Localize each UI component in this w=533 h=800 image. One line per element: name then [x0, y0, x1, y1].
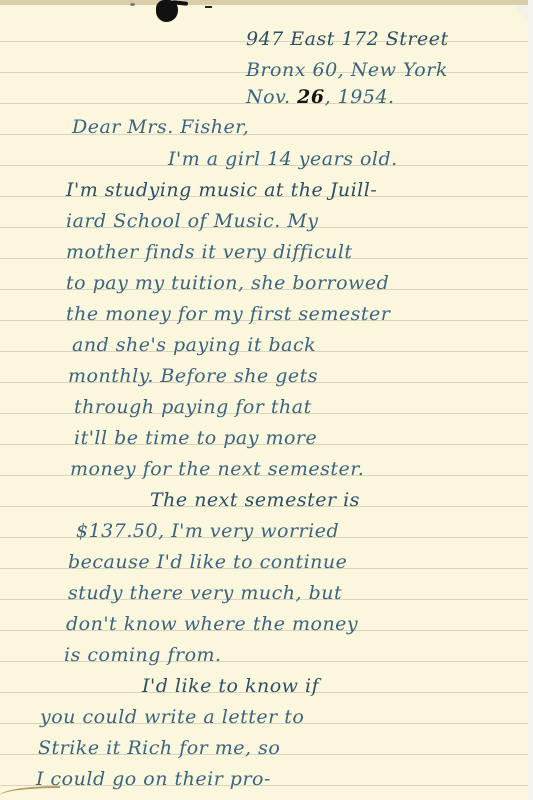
body-line: is coming from. — [64, 646, 222, 665]
date-month: Nov. — [246, 86, 291, 108]
body-line: because I'd like to continue — [68, 553, 347, 572]
body-line: the money for my first semester — [66, 305, 390, 324]
body-line: to pay my tuition, she borrowed — [66, 274, 389, 293]
date-year: , 1954. — [325, 86, 395, 108]
ink-speck — [205, 6, 212, 8]
address-line-1: 947 East 172 Street — [246, 30, 449, 49]
body-line: iard School of Music. My — [66, 212, 319, 231]
body-line: I'm studying music at the Juill- — [66, 181, 377, 200]
body-line: you could write a letter to — [40, 708, 304, 727]
body-line: I'd like to know if — [142, 677, 319, 696]
body-line: money for the next semester. — [70, 460, 364, 479]
body-line: The next semester is — [150, 491, 360, 510]
date-day: 26 — [297, 86, 324, 108]
body-line: monthly. Before she gets — [68, 367, 318, 386]
body-line: Strike it Rich for me, so — [38, 739, 280, 758]
body-line: don't know where the money — [66, 615, 358, 634]
body-line: $137.50, I'm very worried — [76, 522, 339, 541]
paper-top-edge — [0, 0, 528, 5]
body-line: and she's paying it back — [72, 336, 316, 355]
paper-right-margin — [528, 0, 533, 800]
body-line: through paying for that — [74, 398, 312, 417]
letter-date: Nov. 26, 1954. — [246, 88, 395, 107]
salutation: Dear Mrs. Fisher, — [72, 118, 249, 137]
body-line: I could go on their pro- — [36, 770, 271, 789]
ink-smudge — [130, 3, 135, 6]
body-line: mother finds it very difficult — [66, 243, 353, 262]
body-line: study there very much, but — [68, 584, 342, 603]
address-line-2: Bronx 60, New York — [246, 61, 448, 80]
body-line: it'll be time to pay more — [74, 429, 317, 448]
body-line: I'm a girl 14 years old. — [168, 150, 398, 169]
